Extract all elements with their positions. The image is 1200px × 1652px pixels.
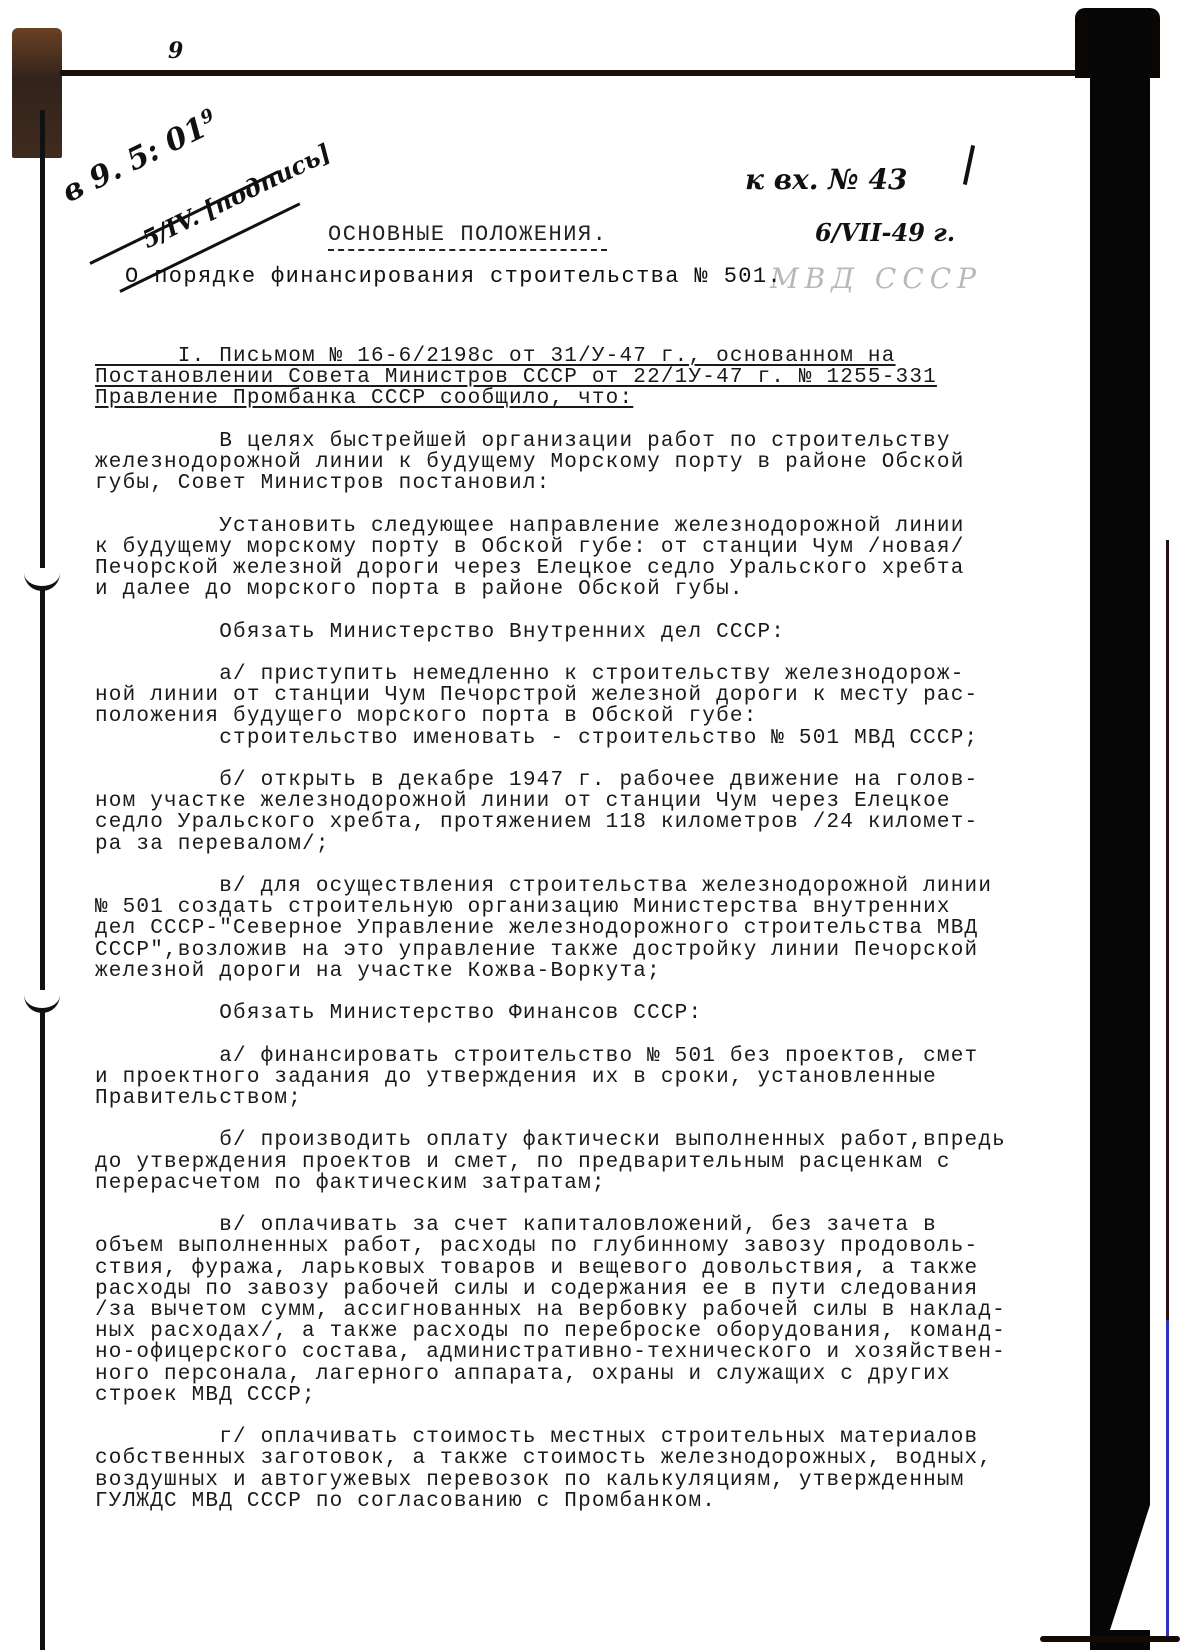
text-line: б/ открыть в декабре 1947 г. рабочее дви… (95, 769, 978, 792)
text-line: собственных заготовок, а также стоимость… (95, 1447, 992, 1470)
text-line: седло Уральского хребта, протяжением 118… (95, 811, 978, 834)
text-line: железной дороги на участке Кожва-Воркута… (95, 960, 661, 983)
text-line: Обязать Министерство Внутренних дел СССР… (95, 621, 785, 644)
text-line: к будущему морскому порту в Обской губе:… (95, 536, 965, 559)
text-line: но-офицерского состава, административно-… (95, 1341, 1006, 1364)
text-line: строек МВД СССР; (95, 1384, 316, 1407)
text-line: строительство именовать - строительство … (95, 727, 978, 750)
text-line: перерасчетом по фактическим затратам; (95, 1172, 606, 1195)
text-line: а/ финансировать строительство № 501 без… (95, 1045, 978, 1068)
faded-stamp: МВД СССР (770, 262, 982, 295)
text-line: № 501 создать строительную организацию М… (95, 896, 951, 919)
text-line: ной линии от станции Чум Печорстрой желе… (95, 684, 978, 707)
binder-ring (24, 990, 60, 1013)
text-line: Правление Промбанка СССР сообщило, что: (95, 387, 633, 410)
text-line: расходы по завозу рабочей силы и содержа… (95, 1278, 978, 1301)
text-line: и проектного задания до утверждения их в… (95, 1066, 937, 1089)
scan-edge-shadow (1090, 10, 1150, 1650)
text-line: I. Письмом № 16-6/2198с от 31/У-47 г., о… (95, 345, 896, 368)
document-title: ОСНОВНЫЕ ПОЛОЖЕНИЯ. (328, 222, 607, 251)
text-line: Печорской железной дороги через Елецкое … (95, 557, 965, 580)
text-line: и далее до морского порта в районе Обско… (95, 578, 744, 601)
folded-corner (1110, 1480, 1158, 1630)
text-line: а/ приступить немедленно к строительству… (95, 663, 965, 686)
document-subtitle: О порядке финансирования строительства №… (125, 264, 782, 289)
text-line: Обязать Министерство Финансов СССР: (95, 1002, 702, 1025)
scan-stain (12, 28, 62, 158)
text-line: ГУЛЖДС МВД СССР по согласованию с Промба… (95, 1490, 716, 1513)
text-line: положения будущего морского порта в Обск… (95, 705, 758, 728)
text-line: ном участке железнодорожной линии от ста… (95, 790, 951, 813)
page-top-edge (60, 70, 1140, 76)
text-line: воздушных и автогужевых перевозок по кал… (95, 1469, 965, 1492)
text-line: в/ для осуществления строительства желез… (95, 875, 992, 898)
text-line: Установить следующее направление железно… (95, 515, 965, 538)
handwritten-incoming-ref: к вх. № 43 (745, 163, 907, 196)
text-line: ра за перевалом/; (95, 833, 330, 856)
text-line: до утверждения проектов и смет, по предв… (95, 1151, 951, 1174)
text-line: В целях быстрейшей организации работ по … (95, 430, 951, 453)
page-bottom-edge (1040, 1636, 1180, 1642)
text-line: железнодорожной линии к будущему Морском… (95, 451, 965, 474)
text-line: ствия, фуража, ларьковых товаров и вещев… (95, 1257, 978, 1280)
text-line: объем выполненных работ, расходы по глуб… (95, 1235, 978, 1258)
text-line: /за вычетом сумм, ассигнованных на вербо… (95, 1299, 1006, 1322)
binder-rail (40, 110, 45, 1650)
handwritten-mark (963, 145, 975, 185)
handwritten-registry-number: в 9. 5: 019 (57, 105, 224, 210)
text-line: ного персонала, лагерного аппарата, охра… (95, 1363, 951, 1386)
handwritten-incoming-date: 6/VII-49 г. (815, 218, 955, 247)
text-line: в/ оплачивать за счет капиталовложений, … (95, 1214, 937, 1237)
text-line: Правительством; (95, 1087, 302, 1110)
text-line: Постановлении Совета Министров СССР от 2… (95, 366, 937, 389)
text-line: ных расходах/, а также расходы по перебр… (95, 1320, 1006, 1343)
page-edge-line (1166, 1320, 1169, 1640)
text-line: дел СССР-"Северное Управление железнодор… (95, 917, 978, 940)
text-line: г/ оплачивать стоимость местных строител… (95, 1426, 978, 1449)
binder-ring (24, 568, 60, 591)
text-line: б/ производить оплату фактически выполне… (95, 1129, 1006, 1152)
registry-number-text: в 9. 5: 01 (57, 110, 213, 210)
handwritten-page-number: 9 (168, 38, 183, 64)
text-line: СССР",возложив на это управление также д… (95, 939, 978, 962)
text-line: губы, Совет Министров постановил: (95, 472, 550, 495)
